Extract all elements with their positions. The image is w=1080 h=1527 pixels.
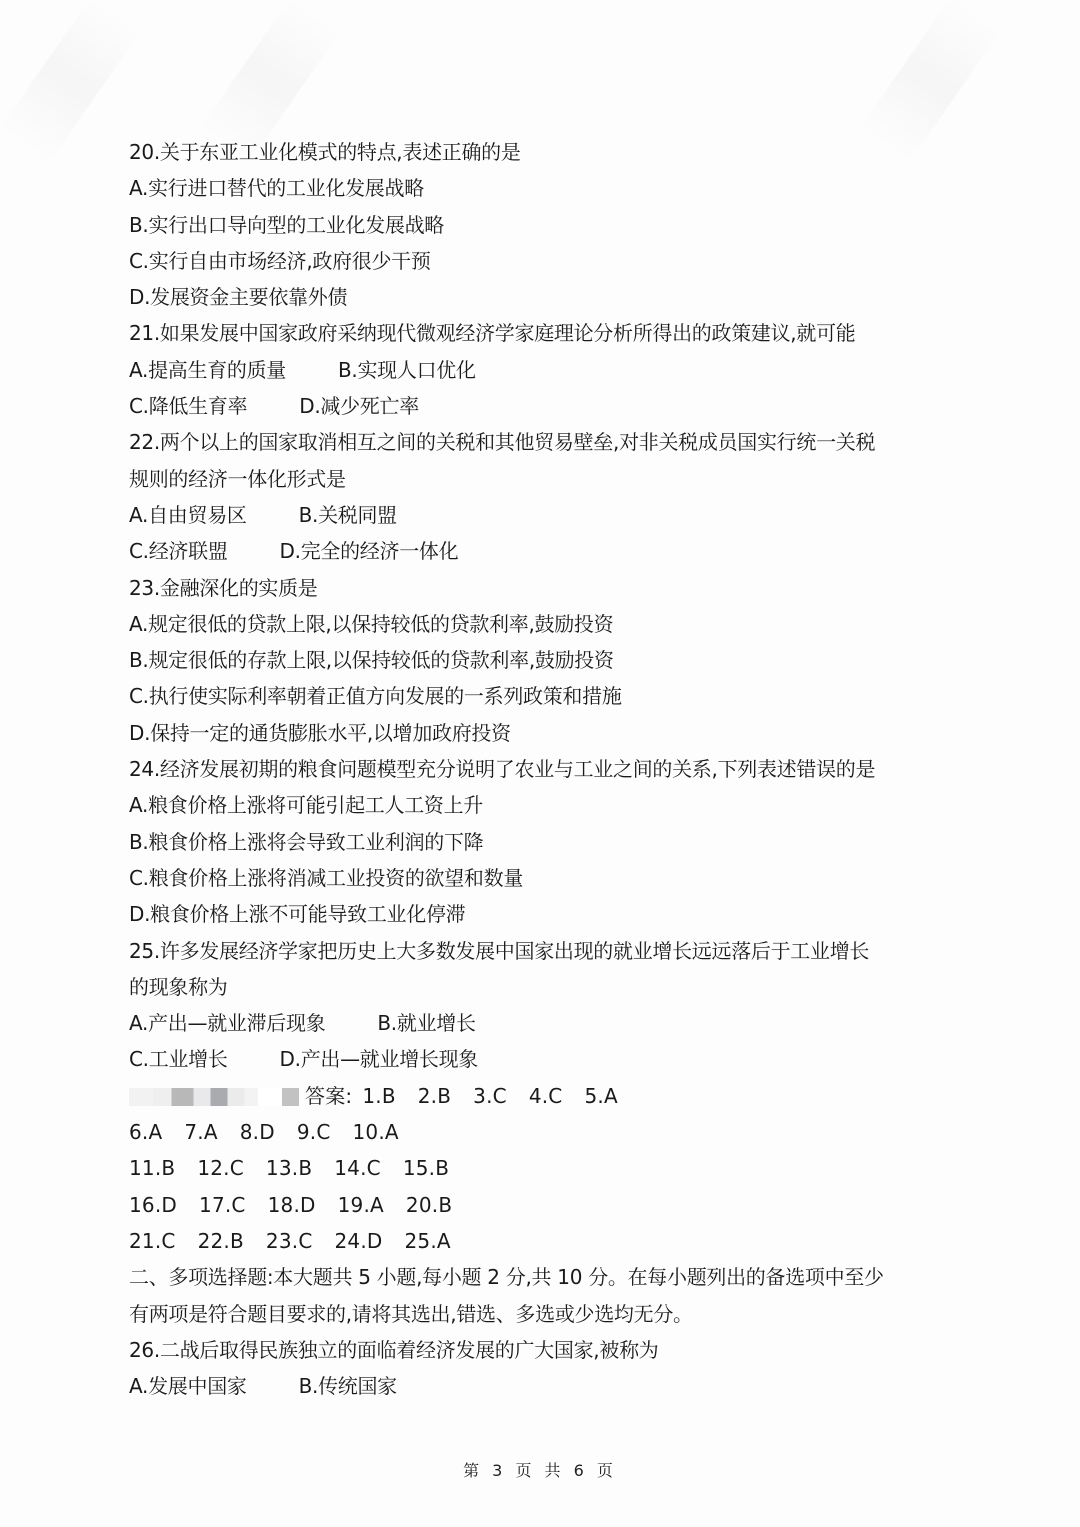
- answer-row: 答案:1.B2.B3.C4.C5.A: [129, 1078, 959, 1114]
- option-d: D.产出—就业增长现象: [280, 1047, 478, 1071]
- answer-item: 16.D: [129, 1187, 177, 1223]
- option-c: C.执行使实际利率朝着正值方向发展的一系列政策和措施: [129, 678, 959, 714]
- redacted-block: [129, 1088, 299, 1106]
- question-stem: 24.经济发展初期的粮食问题模型充分说明了农业与工业之间的关系,下列表述错误的是: [129, 751, 959, 787]
- answer-item: 15.B: [403, 1150, 449, 1186]
- question-stem: 23.金融深化的实质是: [129, 570, 959, 606]
- question-stem: 20.关于东亚工业化模式的特点,表述正确的是: [129, 134, 959, 170]
- answer-row: 21.C22.B23.C24.D25.A: [129, 1223, 959, 1259]
- options-row: A.产出—就业滞后现象B.就业增长: [129, 1005, 959, 1041]
- options-row: C.经济联盟D.完全的经济一体化: [129, 533, 959, 569]
- option-a: A.发展中国家: [129, 1374, 247, 1398]
- answer-item: 21.C: [129, 1223, 176, 1259]
- question-stem-continued: 的现象称为: [129, 969, 959, 1005]
- answer-key: 答案:1.B2.B3.C4.C5.A 6.A7.A8.D9.C10.A 11.B…: [129, 1078, 959, 1259]
- option-b: B.规定很低的存款上限,以保持较低的贷款利率,鼓励投资: [129, 642, 959, 678]
- options-row: A.提高生育的质量B.实现人口优化: [129, 352, 959, 388]
- answer-item: 18.D: [268, 1187, 316, 1223]
- option-a: A.产出—就业滞后现象: [129, 1011, 325, 1035]
- answer-item: 4.C: [529, 1078, 563, 1114]
- answer-item: 14.C: [334, 1150, 381, 1186]
- answer-row: 6.A7.A8.D9.C10.A: [129, 1114, 959, 1150]
- option-b: B.关税同盟: [299, 503, 397, 527]
- document-page: 20.关于东亚工业化模式的特点,表述正确的是 A.实行进口替代的工业化发展战略 …: [0, 0, 1080, 1527]
- question-23: 23.金融深化的实质是 A.规定很低的贷款上限,以保持较低的贷款利率,鼓励投资 …: [129, 570, 959, 751]
- option-a: A.实行进口替代的工业化发展战略: [129, 170, 959, 206]
- answer-item: 25.A: [405, 1223, 451, 1259]
- answer-item: 5.A: [584, 1078, 617, 1114]
- option-c: C.实行自由市场经济,政府很少干预: [129, 243, 959, 279]
- page-number: 第 3 页 共 6 页: [0, 1458, 1080, 1481]
- question-stem: 25.许多发展经济学家把历史上大多数发展中国家出现的就业增长远远落后于工业增长: [129, 933, 959, 969]
- answers-label: 答案:: [305, 1078, 352, 1114]
- option-d: D.减少死亡率: [299, 394, 419, 418]
- question-21: 21.如果发展中国家政府采纳现代微观经济学家庭理论分析所得出的政策建议,就可能 …: [129, 315, 959, 424]
- option-c: C.降低生育率: [129, 394, 247, 418]
- option-d: D.发展资金主要依靠外债: [129, 279, 959, 315]
- answer-item: 19.A: [338, 1187, 384, 1223]
- option-b: B.就业增长: [377, 1011, 475, 1035]
- answer-item: 20.B: [406, 1187, 452, 1223]
- answer-item: 2.B: [418, 1078, 451, 1114]
- option-d: D.保持一定的通货膨胀水平,以增加政府投资: [129, 715, 959, 751]
- question-25: 25.许多发展经济学家把历史上大多数发展中国家出现的就业增长远远落后于工业增长 …: [129, 933, 959, 1078]
- option-d: D.粮食价格上涨不可能导致工业化停滞: [129, 896, 959, 932]
- answer-item: 12.C: [197, 1150, 244, 1186]
- option-d: D.完全的经济一体化: [280, 539, 459, 563]
- option-c: C.经济联盟: [129, 539, 228, 563]
- answer-row: 16.D17.C18.D19.A20.B: [129, 1187, 959, 1223]
- answer-row: 11.B12.C13.B14.C15.B: [129, 1150, 959, 1186]
- answer-item: 9.C: [297, 1114, 331, 1150]
- option-a: A.规定很低的贷款上限,以保持较低的贷款利率,鼓励投资: [129, 606, 959, 642]
- option-a: A.提高生育的质量: [129, 358, 286, 382]
- question-24: 24.经济发展初期的粮食问题模型充分说明了农业与工业之间的关系,下列表述错误的是…: [129, 751, 959, 932]
- section-heading: 二、多项选择题:本大题共 5 小题,每小题 2 分,共 10 分。在每小题列出的…: [129, 1259, 959, 1332]
- question-22: 22.两个以上的国家取消相互之间的关税和其他贸易壁垒,对非关税成员国实行统一关税…: [129, 424, 959, 569]
- section-heading-line: 二、多项选择题:本大题共 5 小题,每小题 2 分,共 10 分。在每小题列出的…: [129, 1259, 959, 1295]
- options-row: C.工业增长D.产出—就业增长现象: [129, 1041, 959, 1077]
- answer-item: 24.D: [334, 1223, 382, 1259]
- options-row: C.降低生育率D.减少死亡率: [129, 388, 959, 424]
- page-content: 20.关于东亚工业化模式的特点,表述正确的是 A.实行进口替代的工业化发展战略 …: [129, 134, 959, 1404]
- answer-item: 23.C: [266, 1223, 313, 1259]
- option-b: B.实现人口优化: [338, 358, 476, 382]
- question-stem: 21.如果发展中国家政府采纳现代微观经济学家庭理论分析所得出的政策建议,就可能: [129, 315, 959, 351]
- answer-item: 10.A: [353, 1114, 399, 1150]
- answer-item: 11.B: [129, 1150, 175, 1186]
- answer-item: 3.C: [473, 1078, 507, 1114]
- section-heading-line: 有两项是符合题目要求的,请将其选出,错选、多选或少选均无分。: [129, 1296, 959, 1332]
- option-a: A.粮食价格上涨将可能引起工人工资上升: [129, 787, 959, 823]
- question-stem: 22.两个以上的国家取消相互之间的关税和其他贸易壁垒,对非关税成员国实行统一关税: [129, 424, 959, 460]
- watermark: [0, 0, 140, 163]
- question-26: 26.二战后取得民族独立的面临着经济发展的广大国家,被称为 A.发展中国家B.传…: [129, 1332, 959, 1405]
- answer-item: 8.D: [240, 1114, 275, 1150]
- answer-item: 22.B: [198, 1223, 244, 1259]
- options-row: A.发展中国家B.传统国家: [129, 1368, 959, 1404]
- answer-item: 17.C: [199, 1187, 246, 1223]
- option-c: C.工业增长: [129, 1047, 228, 1071]
- question-stem-continued: 规则的经济一体化形式是: [129, 461, 959, 497]
- question-20: 20.关于东亚工业化模式的特点,表述正确的是 A.实行进口替代的工业化发展战略 …: [129, 134, 959, 315]
- question-stem: 26.二战后取得民族独立的面临着经济发展的广大国家,被称为: [129, 1332, 959, 1368]
- answer-item: 13.B: [266, 1150, 312, 1186]
- option-b: B.实行出口导向型的工业化发展战略: [129, 207, 959, 243]
- option-b: B.粮食价格上涨将会导致工业利润的下降: [129, 824, 959, 860]
- option-b: B.传统国家: [299, 1374, 397, 1398]
- option-c: C.粮食价格上涨将消减工业投资的欲望和数量: [129, 860, 959, 896]
- option-a: A.自由贸易区: [129, 503, 247, 527]
- answer-item: 7.A: [184, 1114, 217, 1150]
- answer-item: 1.B: [362, 1078, 395, 1114]
- options-row: A.自由贸易区B.关税同盟: [129, 497, 959, 533]
- answer-item: 6.A: [129, 1114, 162, 1150]
